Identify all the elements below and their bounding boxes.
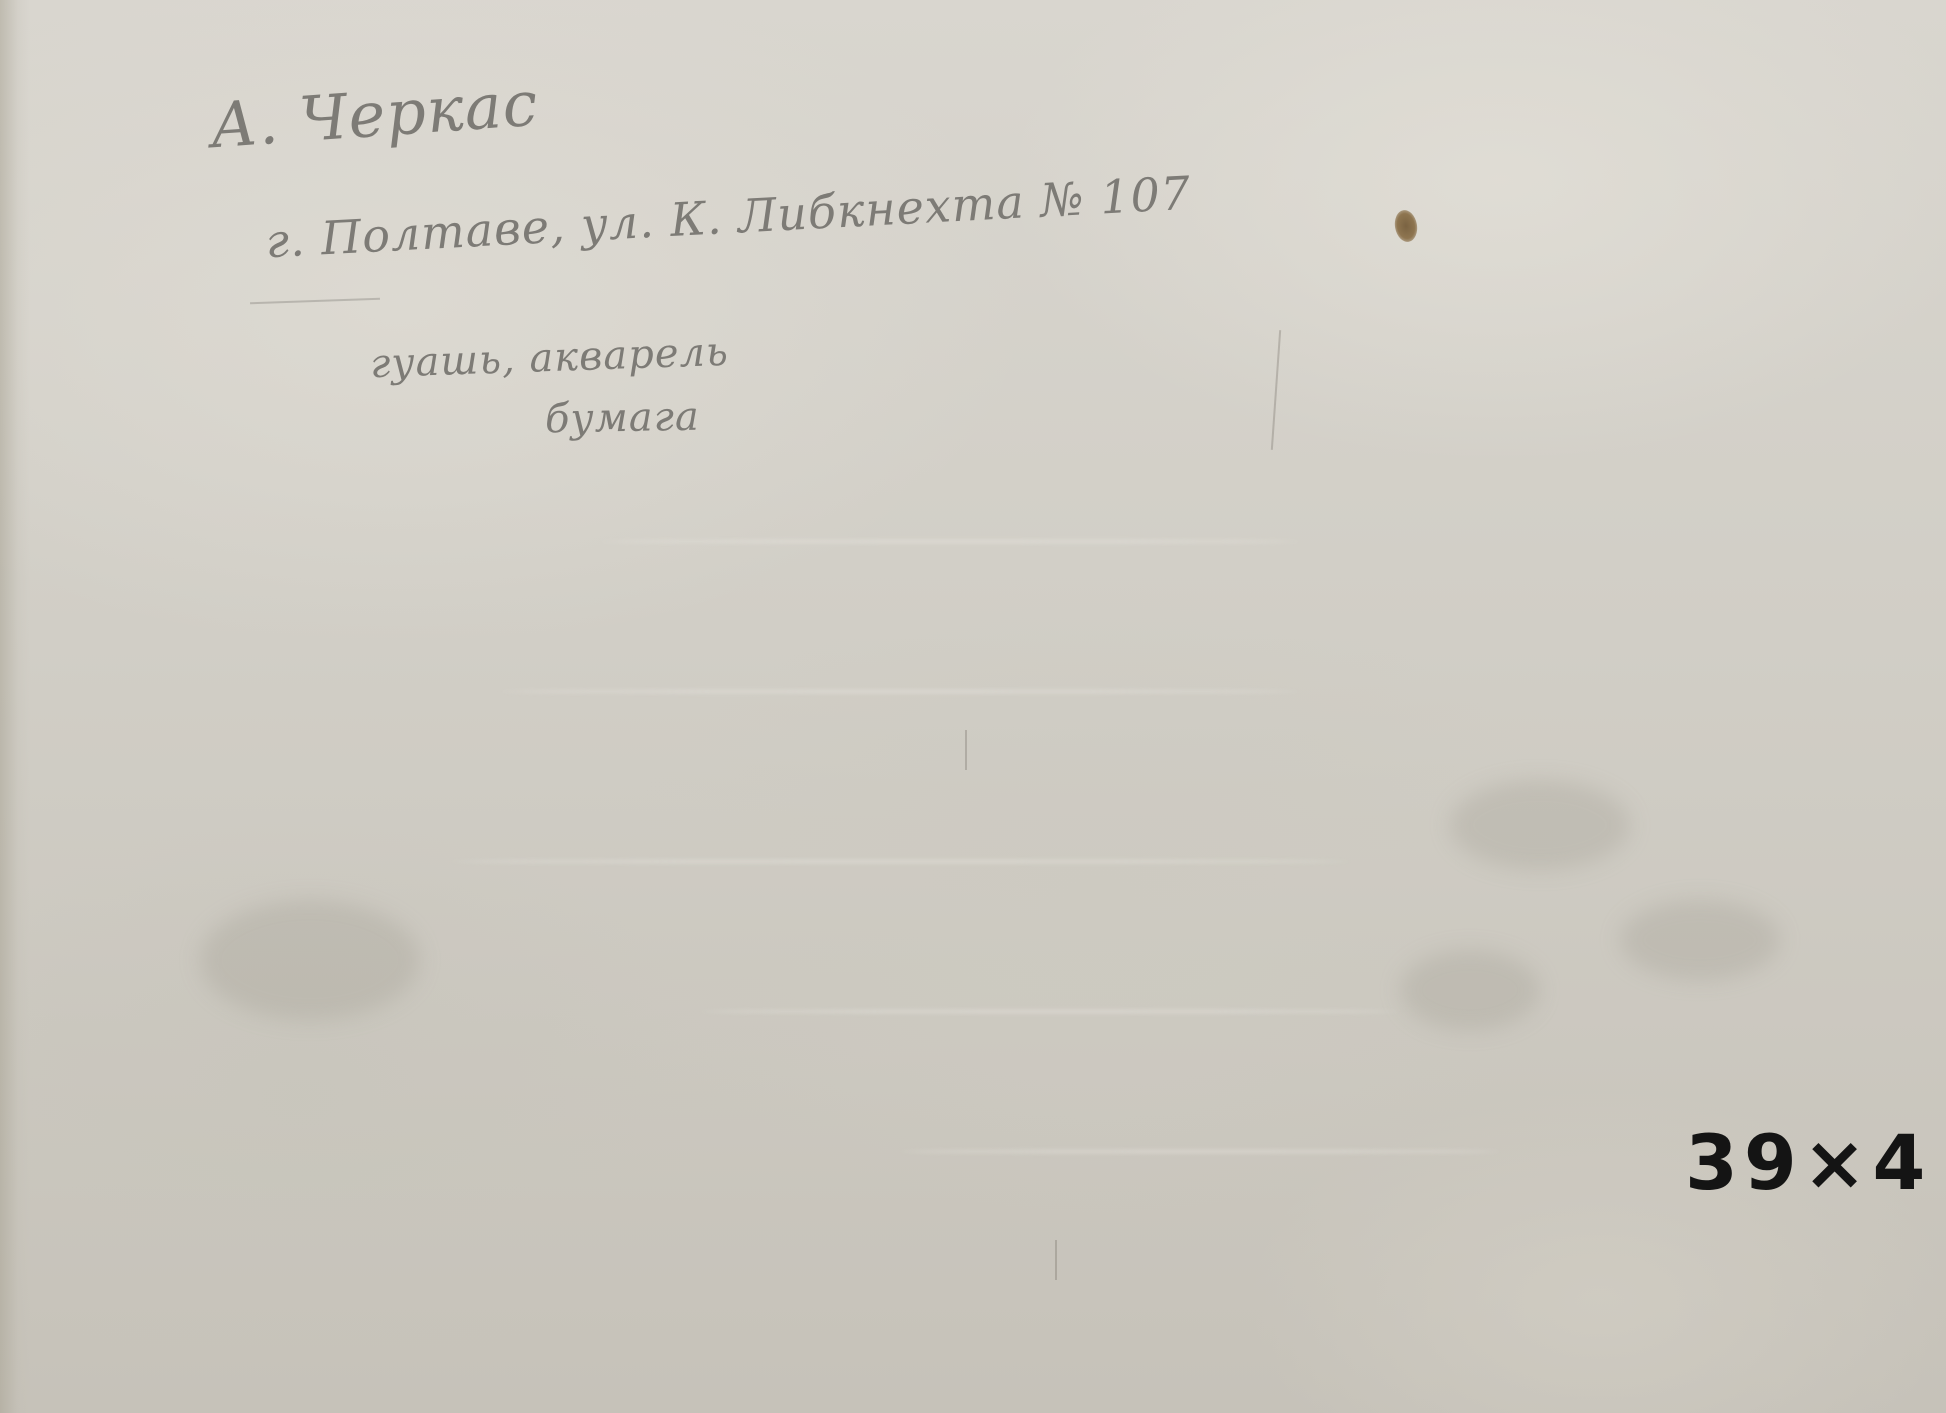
paper-wrinkle: [600, 540, 1300, 543]
dimensions-marking: 39×4: [1685, 1118, 1931, 1207]
medium-line-2: бумага: [545, 394, 700, 443]
paper-wrinkle: [450, 860, 1350, 863]
paper-blotch: [1450, 780, 1630, 870]
medium-line-1: гуашь, акварель: [369, 329, 729, 387]
paper-background: А. Черкас г. Полтаве, ул. К. Либкнехта №…: [0, 0, 1946, 1413]
pencil-stroke: [250, 298, 380, 305]
paper-wrinkle: [500, 690, 1300, 693]
brown-stain: [1392, 208, 1419, 243]
paper-blotch: [200, 900, 420, 1020]
paper-blotch: [1620, 900, 1780, 980]
paper-left-edge: [0, 0, 30, 1413]
paper-wrinkle: [900, 1150, 1500, 1153]
artist-signature: А. Черкас: [208, 67, 541, 163]
paper-crease: [965, 730, 967, 770]
paper-crease: [1055, 1240, 1057, 1280]
paper-blotch: [1400, 950, 1540, 1030]
paper-wrinkle: [700, 1010, 1400, 1013]
artist-address: г. Полтаве, ул. К. Либкнехта № 107: [264, 166, 1192, 268]
paper-crease: [1271, 330, 1281, 450]
